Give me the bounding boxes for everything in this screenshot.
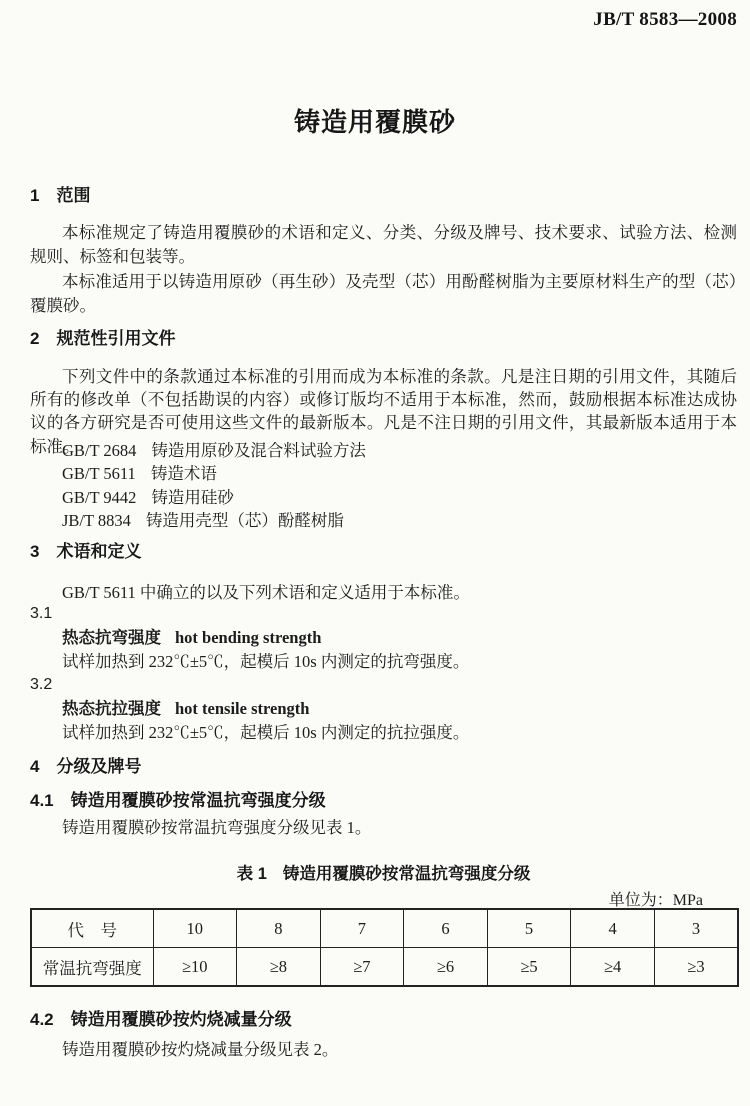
table-1-caption-title: 铸造用覆膜砂按常温抗弯强度分级 xyxy=(283,865,531,883)
section-4-1-number: 4.1 xyxy=(30,791,54,810)
section-4-1-body: 铸造用覆膜砂按常温抗弯强度分级见表 1。 xyxy=(30,814,737,838)
table-1-caption: 表 1铸造用覆膜砂按常温抗弯强度分级 xyxy=(30,860,737,884)
table-cell: 3 xyxy=(654,909,738,948)
table-cell: ≥6 xyxy=(404,948,488,987)
table-row-bending-strength: 常温抗弯强度 ≥10 ≥8 ≥7 ≥6 ≥5 ≥4 ≥3 xyxy=(31,948,738,987)
term-name-line: 热态抗弯强度hot bending strength xyxy=(30,626,737,650)
term-definition: 试样加热到 232℃±5℃，起模后 10s 内测定的抗弯强度。 xyxy=(30,650,737,674)
section-4-title: 分级及牌号 xyxy=(56,757,141,776)
section-4-2-heading: 4.2铸造用覆膜砂按灼烧减量分级 xyxy=(30,1010,737,1029)
table-1-caption-number: 表 1 xyxy=(237,865,267,883)
table-cell: 5 xyxy=(487,909,571,948)
term-definition: 试样加热到 232℃±5℃，起模后 10s 内测定的抗拉强度。 xyxy=(30,721,737,745)
term-3-2: 3.2 热态抗拉强度hot tensile strength 试样加热到 232… xyxy=(30,673,737,746)
table-cell: 6 xyxy=(404,909,488,948)
paragraph-terms-intro: GB/T 5611 中确立的以及下列术语和定义适用于本标准。 xyxy=(30,579,737,603)
table-1-unit-label: 单位为：MPa xyxy=(609,887,703,910)
section-1-heading: 1范围 xyxy=(30,186,737,205)
table-cell: ≥7 xyxy=(320,948,404,987)
table-cell: 10 xyxy=(153,909,237,948)
section-2-number: 2 xyxy=(30,329,39,348)
term-name-cn: 热态抗弯强度 xyxy=(62,629,161,647)
paragraph-scope-1: 本标准规定了铸造用覆膜砂的术语和定义、分类、分级及牌号、技术要求、试验方法、检测… xyxy=(30,221,737,270)
paragraph-see-table-1: 铸造用覆膜砂按常温抗弯强度分级见表 1。 xyxy=(30,814,737,838)
section-2-title: 规范性引用文件 xyxy=(56,329,175,348)
reference-title: 铸造用原砂及混合料试验方法 xyxy=(151,441,366,460)
section-4-heading: 4分级及牌号 xyxy=(30,757,737,776)
section-4-2-body: 铸造用覆膜砂按灼烧减量分级见表 2。 xyxy=(30,1036,737,1060)
section-4-2-title: 铸造用覆膜砂按灼烧减量分级 xyxy=(71,1010,292,1029)
section-1-body: 本标准规定了铸造用覆膜砂的术语和定义、分类、分级及牌号、技术要求、试验方法、检测… xyxy=(30,221,737,319)
standard-number: JB/T 8583—2008 xyxy=(593,9,737,31)
section-2-heading: 2规范性引用文件 xyxy=(30,329,737,348)
section-4-2-number: 4.2 xyxy=(30,1010,54,1029)
reference-code: GB/T 9442 xyxy=(62,486,136,509)
table-cell: ≥3 xyxy=(654,948,738,987)
term-name-line: 热态抗拉强度hot tensile strength xyxy=(30,697,737,721)
term-number: 3.2 xyxy=(30,673,737,697)
table-cell-row-label: 常温抗弯强度 xyxy=(31,948,153,987)
section-1-title: 范围 xyxy=(56,186,90,205)
term-3-1: 3.1 热态抗弯强度hot bending strength 试样加热到 232… xyxy=(30,602,737,675)
reference-title: 铸造用硅砂 xyxy=(151,488,234,507)
section-3-intro: GB/T 5611 中确立的以及下列术语和定义适用于本标准。 xyxy=(30,579,737,603)
table-cell: ≥5 xyxy=(487,948,571,987)
reference-code: GB/T 5611 xyxy=(62,462,136,485)
section-4-number: 4 xyxy=(30,757,39,776)
section-4-1-title: 铸造用覆膜砂按常温抗弯强度分级 xyxy=(71,791,326,810)
reference-item: JB/T 8834铸造用壳型（芯）酚醛树脂 xyxy=(30,509,737,532)
table-row-grade-codes: 代 号 10 8 7 6 5 4 3 xyxy=(31,909,738,948)
table-cell: ≥4 xyxy=(571,948,655,987)
section-3-title: 术语和定义 xyxy=(56,542,141,561)
table-cell: 7 xyxy=(320,909,404,948)
table-cell: 8 xyxy=(237,909,321,948)
table-cell: ≥8 xyxy=(237,948,321,987)
table-cell-row-label: 代 号 xyxy=(31,909,153,948)
section-3-number: 3 xyxy=(30,542,39,561)
reference-title: 铸造术语 xyxy=(151,464,217,483)
term-number: 3.1 xyxy=(30,602,737,626)
table-1: 代 号 10 8 7 6 5 4 3 常温抗弯强度 ≥10 ≥8 ≥7 ≥6 ≥… xyxy=(30,908,739,987)
reference-code: GB/T 2684 xyxy=(62,439,136,462)
term-name-en: hot tensile strength xyxy=(175,699,309,718)
document-title: 铸造用覆膜砂 xyxy=(0,102,750,139)
term-name-en: hot bending strength xyxy=(175,628,321,647)
section-3-heading: 3术语和定义 xyxy=(30,542,737,561)
paragraph-scope-2: 本标准适用于以铸造用原砂（再生砂）及壳型（芯）用酚醛树脂为主要原材料生产的型（芯… xyxy=(30,270,737,319)
reference-list: GB/T 2684铸造用原砂及混合料试验方法 GB/T 5611铸造术语 GB/… xyxy=(30,439,737,532)
section-4-1-heading: 4.1铸造用覆膜砂按常温抗弯强度分级 xyxy=(30,791,737,810)
reference-title: 铸造用壳型（芯）酚醛树脂 xyxy=(146,511,344,530)
reference-item: GB/T 5611铸造术语 xyxy=(30,462,737,485)
reference-item: GB/T 9442铸造用硅砂 xyxy=(30,486,737,509)
table-cell: 4 xyxy=(571,909,655,948)
term-name-cn: 热态抗拉强度 xyxy=(62,700,161,718)
section-1-number: 1 xyxy=(30,186,39,205)
reference-code: JB/T 8834 xyxy=(62,509,131,532)
reference-item: GB/T 2684铸造用原砂及混合料试验方法 xyxy=(30,439,737,462)
paragraph-see-table-2: 铸造用覆膜砂按灼烧减量分级见表 2。 xyxy=(30,1036,737,1060)
table-cell: ≥10 xyxy=(153,948,237,987)
